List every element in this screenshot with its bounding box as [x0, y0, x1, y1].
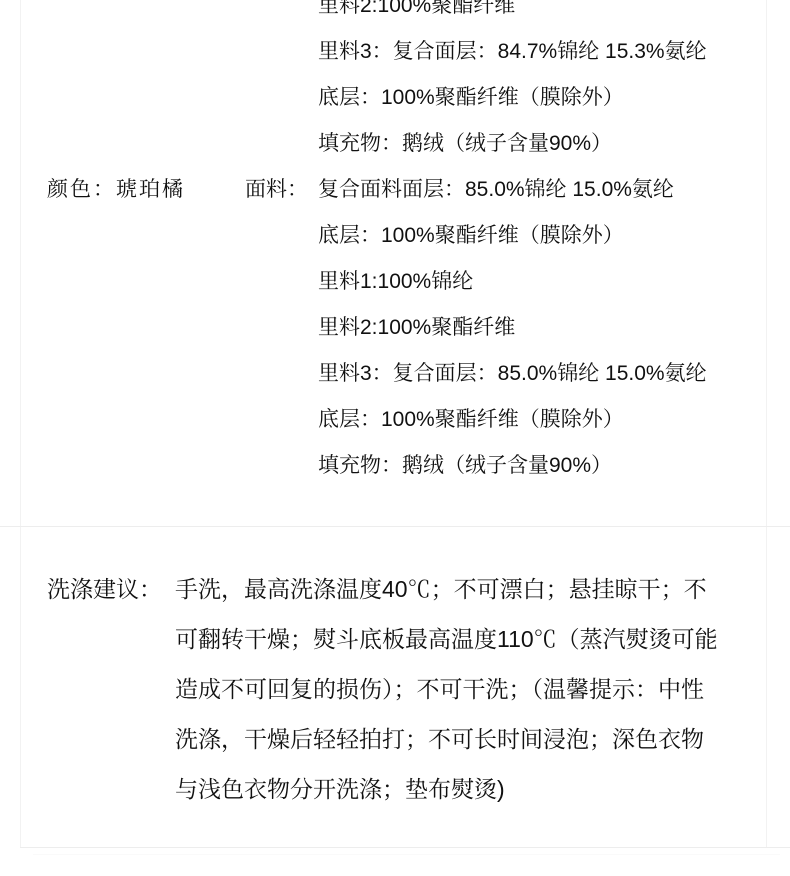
- fabric-spec-section: 里料2:100%聚酯纤维 里料3：复合面层：84.7%锦纶 15.3%氨纶 底层…: [318, 0, 707, 489]
- spec-line: 里料3：复合面层：85.0%锦纶 15.0%氨纶: [318, 351, 707, 397]
- spec-line: 底层：100%聚酯纤维（膜除外）: [318, 213, 707, 259]
- fabric-label: 面料：: [245, 167, 308, 213]
- card-left-border: [20, 0, 21, 848]
- spec-line: 里料2:100%聚酯纤维: [318, 0, 707, 29]
- color-value: 琥珀橘: [116, 178, 185, 201]
- section-divider: [0, 526, 790, 527]
- color-label: 颜色：: [47, 178, 116, 201]
- care-label: 洗涤建议：: [47, 564, 162, 614]
- product-spec-page: 里料2:100%聚酯纤维 里料3：复合面层：84.7%锦纶 15.3%氨纶 底层…: [0, 0, 790, 876]
- spec-line: 里料1:100%锦纶: [318, 259, 707, 305]
- spec-line: 底层：100%聚酯纤维（膜除外）: [318, 397, 707, 443]
- spec-line: 里料3：复合面层：84.7%锦纶 15.3%氨纶: [318, 29, 707, 75]
- spec-line: 填充物：鹅绒（绒子含量90%）: [318, 121, 707, 167]
- card-bottom-border: [20, 847, 790, 848]
- card-bottom-shadow: [33, 854, 780, 855]
- spec-line: 填充物：鹅绒（绒子含量90%）: [318, 443, 707, 489]
- color-row: 颜色：琥珀橘: [47, 167, 185, 213]
- care-text: 手洗，最高洗涤温度40℃；不可漂白；悬挂晾干；不可翻转干燥；熨斗底板最高温度11…: [175, 564, 718, 814]
- spec-line: 里料2:100%聚酯纤维: [318, 305, 707, 351]
- spec-line: 底层：100%聚酯纤维（膜除外）: [318, 75, 707, 121]
- spec-line: 复合面料面层：85.0%锦纶 15.0%氨纶: [318, 167, 707, 213]
- card-right-border: [766, 0, 767, 848]
